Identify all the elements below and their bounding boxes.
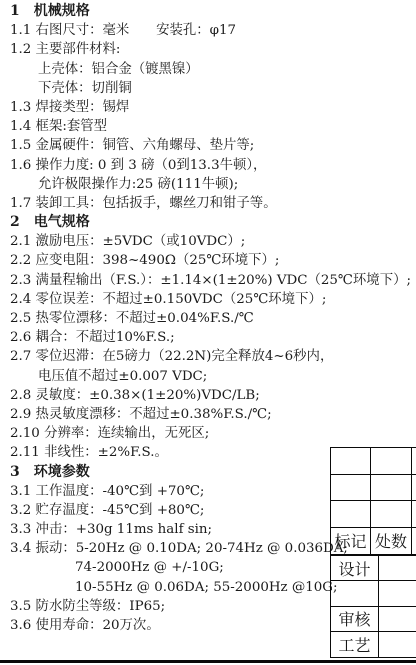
spec-line: 允许极限操作力:25 磅(111牛顿); [10, 175, 416, 194]
spec-line: 1.4 框架:套管型 [10, 117, 416, 136]
empty-cell [371, 448, 412, 475]
spec-line: 2.10 分辨率：连续输出，无死区; [10, 424, 416, 443]
empty-cell [331, 474, 371, 501]
spec-line: 2.9 热灵敏度漂移：不超过±0.38%F.S./℃; [10, 405, 416, 424]
signature-table: 设计 审核 工艺 [330, 555, 416, 658]
empty-cell [379, 632, 416, 657]
spec-line: 2.4 零位误差：不超过±0.150VDC（25℃环境下）; [10, 290, 416, 309]
empty-cell [379, 556, 416, 581]
spec-line: 2.6 耦合：不超过10%F.S.; [10, 328, 416, 347]
process-label: 工艺 [331, 632, 379, 657]
spec-line: 1.7 装卸工具：包括扳手，螺丝刀和钳子等。 [10, 194, 416, 213]
empty-cell [412, 528, 416, 555]
spec-line: 电压值不超过±0.007 VDC; [10, 367, 416, 386]
section-heading: 2 电气规格 [10, 213, 416, 232]
spec-line: 2.3 满量程输出（F.S.）：±1.14×(1±20%) VDC（25℃环境下… [10, 271, 416, 290]
signature-row [331, 581, 416, 606]
spec-line: 2.5 热零位漂移：不超过±0.04%F.S./℃ [10, 309, 416, 328]
spec-line: 2.2 应变电阻：398~490Ω（25℃环境下）; [10, 251, 416, 270]
sheet-bottom-border [0, 660, 416, 663]
revision-table: 标记 处数 [330, 447, 416, 555]
signature-row: 审核 [331, 606, 416, 631]
signature-row: 设计 [331, 556, 416, 581]
empty-cell [371, 501, 412, 528]
spec-line: 2.1 激励电压：±5VDC（或10VDC）; [10, 232, 416, 251]
empty-cell [331, 501, 371, 528]
spec-line: 1.6 操作力度: 0 到 3 磅（0到13.3牛顿）， [10, 156, 416, 175]
signature-row: 工艺 [331, 632, 416, 657]
empty-cell [412, 501, 416, 528]
revision-row [331, 448, 416, 475]
spec-line: 2.8 灵敏度：±0.38×(1±20%)VDC/LB; [10, 386, 416, 405]
spec-line: 1.3 焊接类型：锡焊 [10, 98, 416, 117]
design-label: 设计 [331, 556, 379, 581]
spec-line: 上壳体：铝合金（镀黑镍） [10, 60, 416, 79]
empty-cell [379, 606, 416, 631]
empty-cell [412, 474, 416, 501]
empty-cell [371, 474, 412, 501]
spec-line: 1.5 金属硬件：铜管、六角螺母、垫片等; [10, 136, 416, 155]
revision-row [331, 474, 416, 501]
empty-cell [331, 581, 379, 606]
revision-header-row: 标记 处数 [331, 528, 416, 555]
spec-line: 1.2 主要部件材料: [10, 40, 416, 59]
section-heading: 1 机械规格 [10, 2, 416, 21]
review-label: 审核 [331, 606, 379, 631]
empty-cell [379, 581, 416, 606]
empty-cell [331, 448, 371, 475]
count-label: 处数 [371, 528, 412, 555]
empty-cell [412, 448, 416, 475]
spec-line: 下壳体：切削铜 [10, 79, 416, 98]
spec-line: 1.1 右图尺寸：毫米 安装孔：φ17 [10, 21, 416, 40]
mark-label: 标记 [331, 528, 371, 555]
revision-row [331, 501, 416, 528]
spec-line: 2.7 零位迟滞：在5磅力（22.2N)完全释放4~6秒内， [10, 347, 416, 366]
